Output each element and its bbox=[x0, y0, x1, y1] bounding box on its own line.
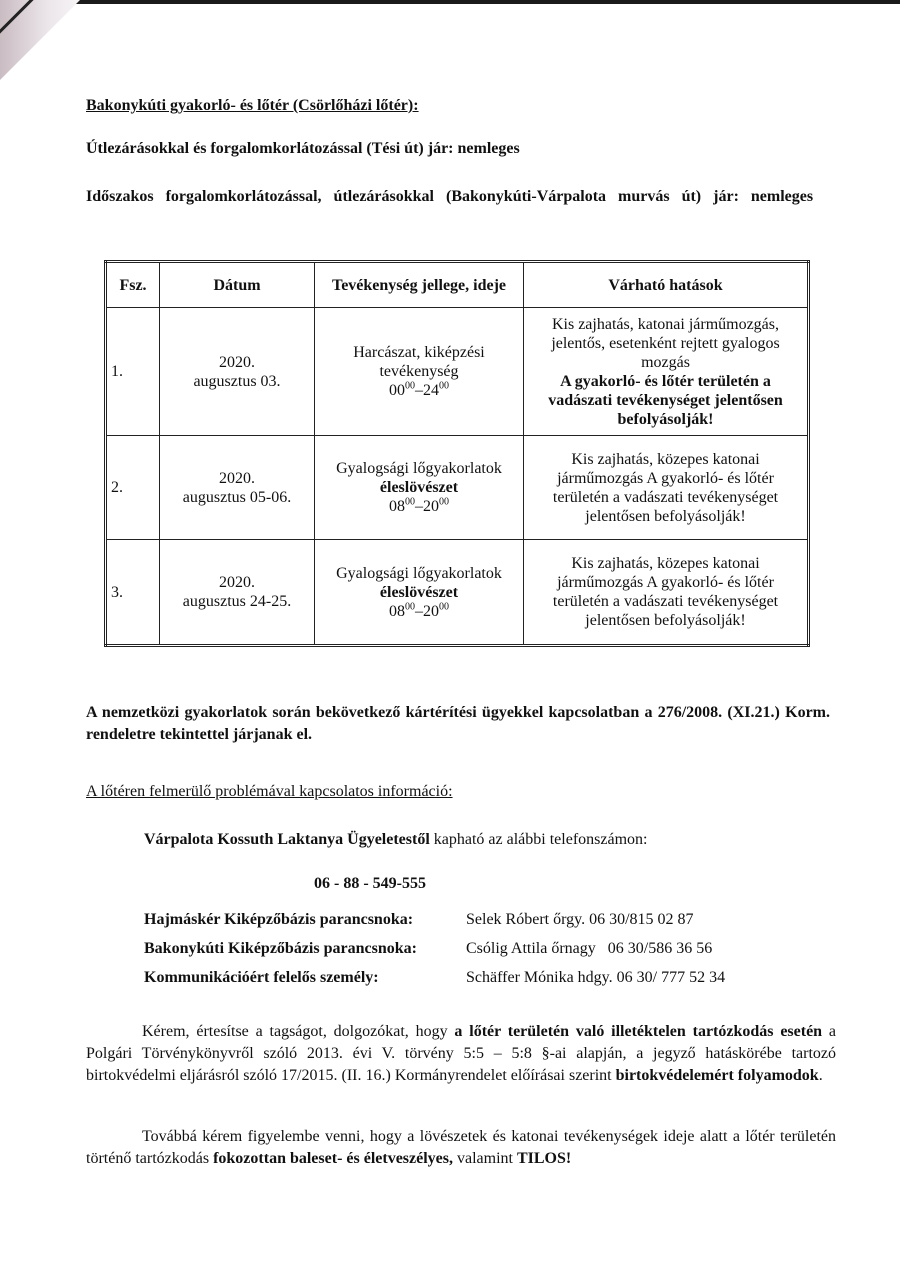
contact-label: Hajmáskér Kiképzőbázis parancsnoka: bbox=[144, 911, 466, 940]
contact-row: Hajmáskér Kiképzőbázis parancsnoka: Sele… bbox=[144, 911, 725, 940]
contact-label: Kommunikációért felelős személy: bbox=[144, 969, 466, 998]
activity-time: 0000–2400 bbox=[319, 381, 519, 400]
date-day: augusztus 03. bbox=[164, 372, 310, 391]
table-row: 2.2020.augusztus 05-06.Gyalogsági lőgyak… bbox=[106, 436, 809, 540]
header-effects: Várható hatások bbox=[524, 262, 809, 308]
row-activity: Harcászat, kiképzési tevékenység0000–240… bbox=[315, 308, 524, 436]
info-heading: A lőtéren felmerülő problémával kapcsola… bbox=[86, 782, 453, 802]
contact-row: Bakonykúti Kiképzőbázis parancsnoka: Csó… bbox=[144, 940, 725, 969]
row-activity: Gyalogsági lőgyakorlatokéleslövészet0800… bbox=[315, 540, 524, 646]
warning-paragraph: Továbbá kérem figyelembe venni, hogy a l… bbox=[86, 1126, 836, 1170]
contact-value: Csólig Attila őrnagy 06 30/586 36 56 bbox=[466, 940, 712, 969]
scan-top-edge bbox=[0, 0, 900, 4]
row-number: 2. bbox=[106, 436, 160, 540]
date-year: 2020. bbox=[164, 469, 310, 488]
row-date: 2020.augusztus 05-06. bbox=[160, 436, 315, 540]
row-effects: Kis zajhatás, közepes katonai járműmozgá… bbox=[524, 436, 809, 540]
warning-bold: fokozottan baleset- és életveszélyes, bbox=[213, 1150, 453, 1167]
row-activity: Gyalogsági lőgyakorlatokéleslövészet0800… bbox=[315, 436, 524, 540]
row-number: 1. bbox=[106, 308, 160, 436]
schedule-table: Fsz. Dátum Tevékenység jellege, ideje Vá… bbox=[104, 260, 810, 647]
header-date: Dátum bbox=[160, 262, 315, 308]
warning-text: valamint bbox=[453, 1150, 517, 1167]
notice-text: . bbox=[819, 1067, 823, 1084]
activity-time: 0800–2000 bbox=[319, 497, 519, 516]
notice-text: Kérem, értesítse a tagságot, dolgozókat,… bbox=[142, 1023, 454, 1040]
contact-label: Bakonykúti Kiképzőbázis parancsnoka: bbox=[144, 940, 466, 969]
effects-text: Kis zajhatás, katonai járműmozgás, jelen… bbox=[528, 315, 803, 372]
contact-row: Kommunikációért felelős személy: Schäffe… bbox=[144, 969, 725, 998]
duty-office: Várpalota Kossuth Laktanya Ügyeletestől bbox=[144, 831, 430, 848]
activity-text: Gyalogsági lőgyakorlatok bbox=[319, 564, 519, 583]
effects-bold: A gyakorló- és lőtér területén a vadásza… bbox=[528, 372, 803, 429]
date-year: 2020. bbox=[164, 573, 310, 592]
activity-bold: éleslövészet bbox=[319, 478, 519, 497]
row-date: 2020.augusztus 03. bbox=[160, 308, 315, 436]
header-number: Fsz. bbox=[106, 262, 160, 308]
contact-value: Selek Róbert őrgy. 06 30/815 02 87 bbox=[466, 911, 694, 940]
row-effects: Kis zajhatás, katonai járműmozgás, jelen… bbox=[524, 308, 809, 436]
date-day: augusztus 24-25. bbox=[164, 592, 310, 611]
duty-text: kapható az alábbi telefonszámon: bbox=[430, 831, 648, 848]
notice-bold: birtokvédelemért folyamodok bbox=[616, 1067, 819, 1084]
table-row: 3.2020.augusztus 24-25.Gyalogsági lőgyak… bbox=[106, 540, 809, 646]
row-effects: Kis zajhatás, közepes katonai járműmozgá… bbox=[524, 540, 809, 646]
table-header-row: Fsz. Dátum Tevékenység jellege, ideje Vá… bbox=[106, 262, 809, 308]
activity-time: 0800–2000 bbox=[319, 602, 519, 621]
road-closure-line: Útlezárásokkal és forgalomkorlátozással … bbox=[86, 139, 520, 159]
compensation-note: A nemzetközi gyakorlatok során bekövetke… bbox=[86, 702, 830, 746]
effects-text: Kis zajhatás, közepes katonai járműmozgá… bbox=[528, 450, 803, 526]
notice-paragraph: Kérem, értesítse a tagságot, dolgozókat,… bbox=[86, 1021, 836, 1087]
section-heading: Bakonykúti gyakorló- és lőtér (Csörlőház… bbox=[86, 96, 419, 116]
contacts-list: Hajmáskér Kiképzőbázis parancsnoka: Sele… bbox=[144, 911, 725, 998]
row-number: 3. bbox=[106, 540, 160, 646]
header-activity: Tevékenység jellege, ideje bbox=[315, 262, 524, 308]
effects-text: Kis zajhatás, közepes katonai járműmozgá… bbox=[528, 554, 803, 630]
date-day: augusztus 05-06. bbox=[164, 488, 310, 507]
table-row: 1.2020.augusztus 03.Harcászat, kiképzési… bbox=[106, 308, 809, 436]
activity-text: Harcászat, kiképzési tevékenység bbox=[319, 343, 519, 381]
row-date: 2020.augusztus 24-25. bbox=[160, 540, 315, 646]
activity-text: Gyalogsági lőgyakorlatok bbox=[319, 459, 519, 478]
scan-folded-corner bbox=[0, 0, 80, 80]
periodic-restriction-line: Időszakos forgalomkorlátozással, útlezár… bbox=[86, 186, 834, 208]
duty-line: Várpalota Kossuth Laktanya Ügyeletestől … bbox=[144, 830, 647, 850]
warning-bold: TILOS! bbox=[517, 1150, 571, 1167]
date-year: 2020. bbox=[164, 353, 310, 372]
notice-bold: a lőtér területén való illetéktelen tart… bbox=[454, 1023, 822, 1040]
activity-bold: éleslövészet bbox=[319, 583, 519, 602]
duty-phone: 06 - 88 - 549-555 bbox=[314, 874, 426, 894]
contact-value: Schäffer Mónika hdgy. 06 30/ 777 52 34 bbox=[466, 969, 725, 998]
